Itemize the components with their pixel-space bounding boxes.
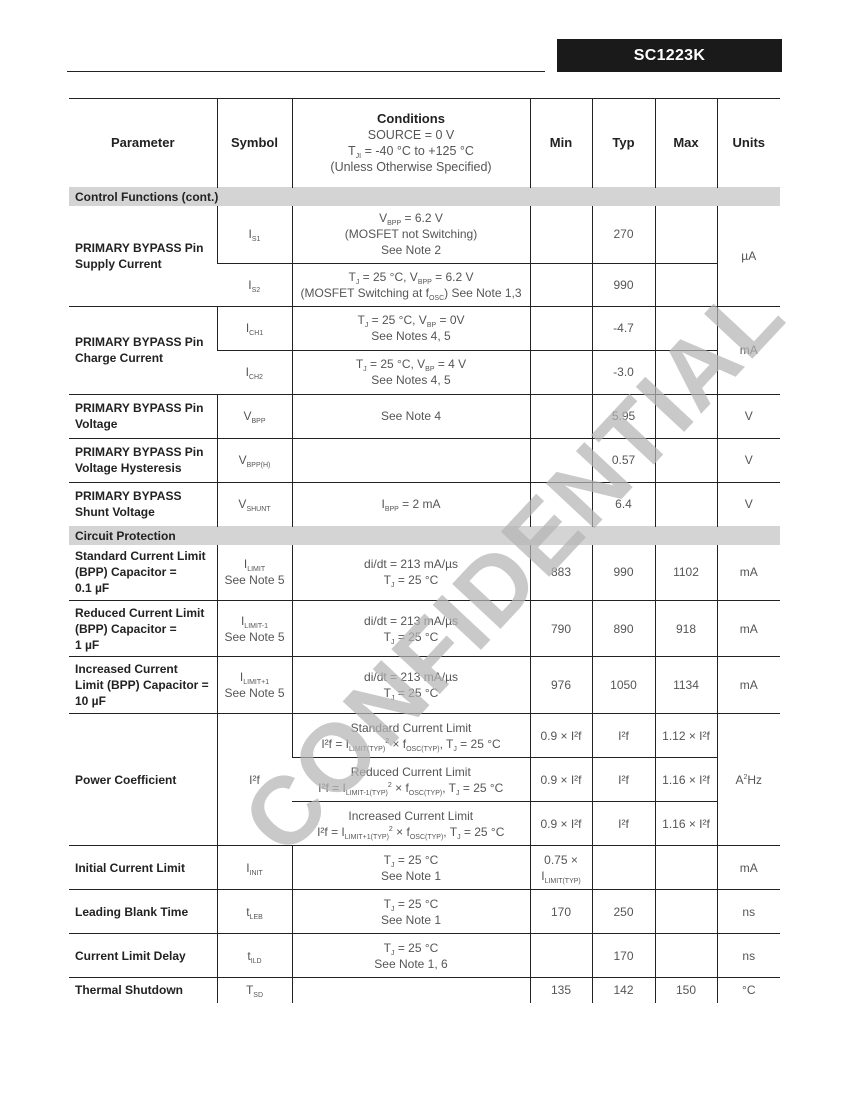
typ-value (592, 846, 655, 890)
symbol: ICH2 (217, 350, 292, 394)
table-row: Standard Current Limit(BPP) Capacitor =0… (69, 545, 780, 601)
table-row: PRIMARY BYPASS Shunt Voltage VSHUNT IBPP… (69, 482, 780, 526)
conditions (292, 438, 530, 482)
electrical-characteristics-table: Parameter Symbol Conditions SOURCE = 0 V… (69, 98, 780, 1003)
units: mA (717, 306, 780, 394)
col-header-typ: Typ (592, 99, 655, 188)
max-value: 1.16 × I²f (655, 802, 717, 846)
min-value (530, 394, 592, 438)
units: mA (717, 846, 780, 890)
symbol: ICH1 (217, 306, 292, 350)
min-value (530, 438, 592, 482)
units: V (717, 394, 780, 438)
typ-value: 250 (592, 890, 655, 934)
units: mA (717, 657, 780, 714)
conditions: Reduced Current Limit I²f = ILIMIT-1(TYP… (292, 758, 530, 802)
max-value (655, 846, 717, 890)
conditions: TJ = 25 °C, VBP = 0V See Notes 4, 5 (292, 306, 530, 350)
param-standard-current-limit: Standard Current Limit(BPP) Capacitor =0… (69, 545, 217, 601)
param-leading-blank-time: Leading Blank Time (69, 890, 217, 934)
table-row: Leading Blank Time tLEB TJ = 25 °CSee No… (69, 890, 780, 934)
param-bpp-charge-current: PRIMARY BYPASS Pin Charge Current (69, 306, 217, 394)
conditions-temp: TJI = -40 °C to +125 °C (297, 143, 526, 159)
table-row: Current Limit Delay tILD TJ = 25 °CSee N… (69, 934, 780, 978)
min-value: 0.9 × I²f (530, 714, 592, 758)
param-bpp-voltage-hysteresis: PRIMARY BYPASS Pin Voltage Hysteresis (69, 438, 217, 482)
param-current-limit-delay: Current Limit Delay (69, 934, 217, 978)
units: mA (717, 601, 780, 657)
typ-value: 270 (592, 206, 655, 263)
table-row: Thermal Shutdown TSD 135 142 150 °C (69, 978, 780, 1003)
conditions-title: Conditions (377, 111, 445, 126)
symbol: VSHUNT (217, 482, 292, 526)
header-rule (67, 71, 545, 72)
symbol: I²f (217, 714, 292, 846)
units: ns (717, 934, 780, 978)
col-header-symbol: Symbol (217, 99, 292, 188)
conditions: di/dt = 213 mA/µsTJ = 25 °C (292, 657, 530, 714)
min-value: 170 (530, 890, 592, 934)
min-value (530, 306, 592, 350)
symbol: IINIT (217, 846, 292, 890)
min-value (530, 350, 592, 394)
max-value (655, 394, 717, 438)
symbol: VBPP(H) (217, 438, 292, 482)
units: V (717, 438, 780, 482)
min-value: 0.9 × I²f (530, 802, 592, 846)
part-number: SC1223K (634, 47, 705, 65)
max-value (655, 482, 717, 526)
units: A2Hz (717, 714, 780, 846)
symbol: IS2 (217, 263, 292, 306)
units: ns (717, 890, 780, 934)
typ-value: 990 (592, 263, 655, 306)
table-row: PRIMARY BYPASS Pin Supply Current IS1 VB… (69, 206, 780, 263)
typ-value: 1050 (592, 657, 655, 714)
min-value: 883 (530, 545, 592, 601)
table-row: Initial Current Limit IINIT TJ = 25 °CSe… (69, 846, 780, 890)
col-header-min: Min (530, 99, 592, 188)
units: mA (717, 545, 780, 601)
conditions: di/dt = 213 mA/µsTJ = 25 °C (292, 601, 530, 657)
typ-value: 142 (592, 978, 655, 1003)
min-value (530, 206, 592, 263)
typ-value: 0.57 (592, 438, 655, 482)
conditions: Increased Current Limit I²f = ILIMIT+1(T… (292, 802, 530, 846)
max-value: 150 (655, 978, 717, 1003)
typ-value: -4.7 (592, 306, 655, 350)
table-row: PRIMARY BYPASS Pin Charge Current ICH1 T… (69, 306, 780, 350)
table-row: Power Coefficient I²f Standard Current L… (69, 714, 780, 758)
col-header-max: Max (655, 99, 717, 188)
param-initial-current-limit: Initial Current Limit (69, 846, 217, 890)
param-thermal-shutdown: Thermal Shutdown (69, 978, 217, 1003)
max-value: 918 (655, 601, 717, 657)
table-row: Increased CurrentLimit (BPP) Capacitor =… (69, 657, 780, 714)
max-value (655, 350, 717, 394)
max-value (655, 206, 717, 263)
min-value: 0.75 ×ILIMIT(TYP) (530, 846, 592, 890)
typ-value: I²f (592, 758, 655, 802)
typ-value: 6.4 (592, 482, 655, 526)
symbol: ILIMIT+1See Note 5 (217, 657, 292, 714)
typ-value: 5.95 (592, 394, 655, 438)
min-value: 0.9 × I²f (530, 758, 592, 802)
conditions: IBPP = 2 mA (292, 482, 530, 526)
param-power-coefficient: Power Coefficient (69, 714, 217, 846)
symbol: ILIMITSee Note 5 (217, 545, 292, 601)
typ-value: 170 (592, 934, 655, 978)
units: °C (717, 978, 780, 1003)
max-value (655, 890, 717, 934)
col-header-conditions: Conditions SOURCE = 0 V TJI = -40 °C to … (292, 99, 530, 188)
conditions: di/dt = 213 mA/µsTJ = 25 °C (292, 545, 530, 601)
symbol: TSD (217, 978, 292, 1003)
conditions: TJ = 25 °C, VBP = 4 V See Notes 4, 5 (292, 350, 530, 394)
typ-value: 990 (592, 545, 655, 601)
param-bpp-voltage: PRIMARY BYPASS Pin Voltage (69, 394, 217, 438)
conditions: TJ = 25 °CSee Note 1 (292, 890, 530, 934)
conditions: TJ = 25 °CSee Note 1, 6 (292, 934, 530, 978)
typ-value: I²f (592, 714, 655, 758)
part-number-badge: SC1223K (557, 39, 782, 72)
max-value (655, 263, 717, 306)
units: V (717, 482, 780, 526)
conditions (292, 978, 530, 1003)
min-value (530, 482, 592, 526)
min-value: 135 (530, 978, 592, 1003)
min-value: 976 (530, 657, 592, 714)
param-bpp-supply-current: PRIMARY BYPASS Pin Supply Current (69, 206, 217, 306)
conditions-note: (Unless Otherwise Specified) (297, 159, 526, 175)
conditions-source: SOURCE = 0 V (297, 127, 526, 143)
conditions: TJ = 25 °C, VBPP = 6.2 V (MOSFET Switchi… (292, 263, 530, 306)
table-row: PRIMARY BYPASS Pin Voltage VBPP See Note… (69, 394, 780, 438)
conditions: See Note 4 (292, 394, 530, 438)
table-header-row: Parameter Symbol Conditions SOURCE = 0 V… (69, 99, 780, 188)
param-reduced-current-limit: Reduced Current Limit(BPP) Capacitor =1 … (69, 601, 217, 657)
max-value (655, 306, 717, 350)
typ-value: I²f (592, 802, 655, 846)
min-value: 790 (530, 601, 592, 657)
param-increased-current-limit: Increased CurrentLimit (BPP) Capacitor =… (69, 657, 217, 714)
conditions: VBPP = 6.2 V (MOSFET not Switching) See … (292, 206, 530, 263)
units: µA (717, 206, 780, 306)
conditions: Standard Current Limit I²f = ILIMIT(TYP)… (292, 714, 530, 758)
table-row: PRIMARY BYPASS Pin Voltage Hysteresis VB… (69, 438, 780, 482)
param-bpp-shunt-voltage: PRIMARY BYPASS Shunt Voltage (69, 482, 217, 526)
typ-value: 890 (592, 601, 655, 657)
max-value: 1134 (655, 657, 717, 714)
section-circuit-protection: Circuit Protection (69, 526, 780, 545)
symbol: tLEB (217, 890, 292, 934)
col-header-parameter: Parameter (69, 99, 217, 188)
max-value: 1102 (655, 545, 717, 601)
max-value (655, 438, 717, 482)
max-value: 1.12 × I²f (655, 714, 717, 758)
table-row: Reduced Current Limit(BPP) Capacitor =1 … (69, 601, 780, 657)
symbol: tILD (217, 934, 292, 978)
min-value (530, 263, 592, 306)
min-value (530, 934, 592, 978)
conditions: TJ = 25 °CSee Note 1 (292, 846, 530, 890)
symbol: ILIMIT-1See Note 5 (217, 601, 292, 657)
col-header-units: Units (717, 99, 780, 188)
max-value (655, 934, 717, 978)
symbol: IS1 (217, 206, 292, 263)
typ-value: -3.0 (592, 350, 655, 394)
section-control-functions: Control Functions (cont.) (69, 188, 780, 207)
symbol: VBPP (217, 394, 292, 438)
max-value: 1.16 × I²f (655, 758, 717, 802)
